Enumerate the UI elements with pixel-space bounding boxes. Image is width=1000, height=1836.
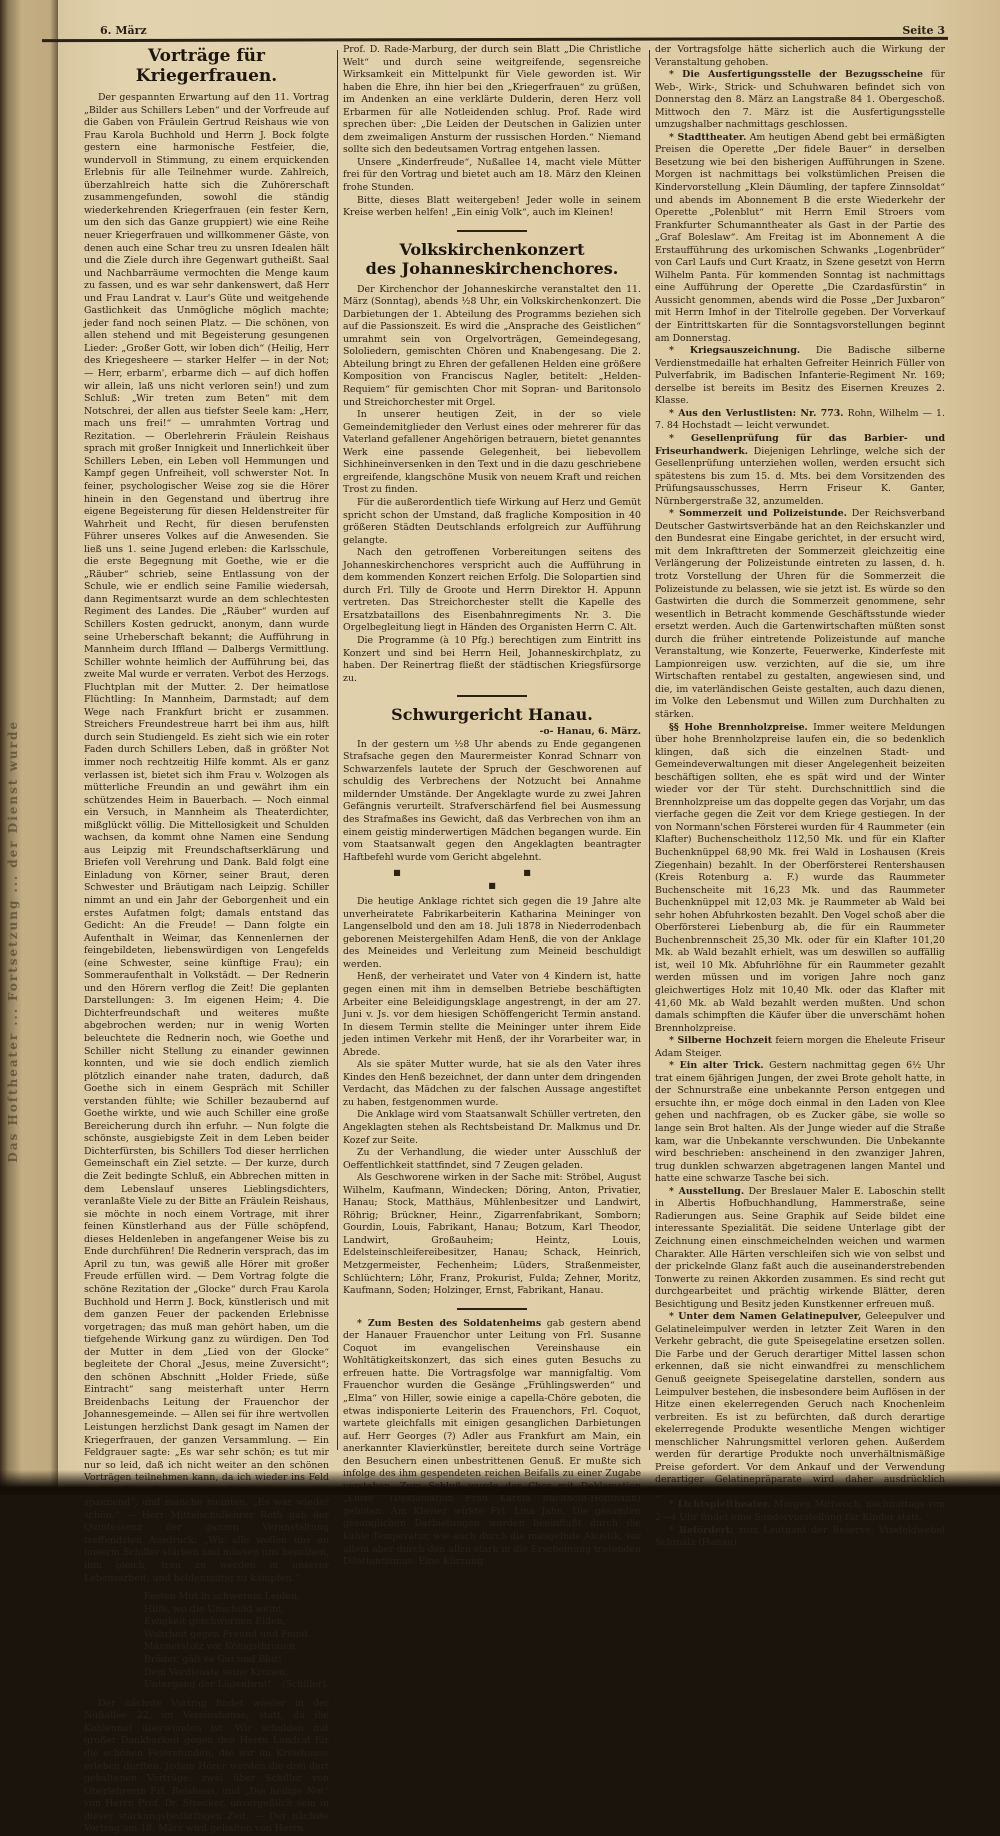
- news-item: * Gesellenprüfung für das Barbier- und F…: [655, 433, 945, 508]
- news-item-text: Gestern nachmittag gegen 6½ Uhr trat ein…: [655, 1060, 945, 1184]
- column-1: Vorträge für Kriegerfrauen. Der gespannt…: [84, 44, 329, 1495]
- paragraph: Die heutige Anklage richtet sich gegen d…: [343, 896, 641, 971]
- court-title: Schwurgericht Hanau.: [343, 705, 641, 724]
- page-gutter-fold: Das Hoftheater ... Fortsetzung ... der D…: [0, 0, 58, 1495]
- news-item-lead: * Ausstellung.: [669, 1186, 744, 1197]
- header-date: 6. März: [100, 24, 147, 37]
- separator-dot: ■: [343, 882, 641, 890]
- paragraph: Henß, der verheiratet und Vater von 4 Ki…: [343, 971, 641, 1059]
- separator-dots: ■ ■: [343, 868, 641, 878]
- news-item-text: Geleepulver und Gelatineleimpulver werde…: [655, 1311, 945, 1495]
- article-title: Vorträge für Kriegerfrauen.: [84, 46, 329, 86]
- news-item-lead: §§ Hohe Brennholzpreise.: [669, 722, 808, 733]
- bleed-through-text: Das Hoftheater ... Fortsetzung ... der D…: [6, 720, 20, 1163]
- paragraph: Unsere „Kinderfreude“, Nußallee 14, mach…: [343, 157, 641, 195]
- news-item-lead: * Stadttheater.: [669, 132, 746, 143]
- paragraph: Bitte, dieses Blatt weitergeben! Jeder w…: [343, 195, 641, 220]
- paragraph: Die Programme (à 10 Pfg.) berechtigen zu…: [343, 635, 641, 685]
- news-item: * Sommerzeit und Polizeistunde. Der Reic…: [655, 508, 945, 721]
- paragraph: Nach den getroffenen Vorbereitungen seit…: [343, 547, 641, 635]
- news-item-lead: * Kriegsauszeichnung.: [669, 345, 800, 356]
- continued-paragraph: Prof. D. Rade-Marburg, der durch sein Bl…: [343, 44, 641, 157]
- section-divider: [457, 695, 527, 697]
- paragraph: Der Kirchenchor der Johanneskirche veran…: [343, 284, 641, 409]
- news-item: * Stadttheater. Am heutigen Abend gebt b…: [655, 132, 945, 345]
- dateline: -o- Hanau, 6. März.: [343, 726, 641, 739]
- scan-bottom-edge: [0, 1470, 1000, 1495]
- paragraph: In der gestern um ⅟₂8 Uhr abends zu Ende…: [343, 739, 641, 864]
- news-item-lead: * Unter dem Namen Gelatinepulver,: [669, 1311, 861, 1322]
- column-3: der Vortragsfolge hätte sicherlich auch …: [655, 44, 945, 1495]
- news-item: * Ausstellung. Der Breslauer Maler E. La…: [655, 1186, 945, 1311]
- section-divider: [457, 1308, 527, 1310]
- concert-title: Volkskirchenkonzert: [343, 240, 641, 259]
- news-item: * Zum Besten des Soldatenheims gab geste…: [343, 1318, 641, 1495]
- paragraph: In unserer heutigen Zeit, in der so viel…: [343, 409, 641, 497]
- news-item: §§ Hohe Brennholzpreise. Immer weitere M…: [655, 722, 945, 1036]
- concert-subtitle: des Johanneskirchenchores.: [343, 259, 641, 278]
- news-item: * Unter dem Namen Gelatinepulver, Geleep…: [655, 1311, 945, 1495]
- column-divider: [337, 50, 338, 1450]
- news-item: * Ein alter Trick. Gestern nachmittag ge…: [655, 1060, 945, 1185]
- news-item-lead: * Silberne Hochzeit: [669, 1035, 772, 1046]
- header-page-number: Seite 3: [902, 24, 945, 37]
- news-item-text: Der Breslauer Maler E. Laboschin stellt …: [655, 1186, 945, 1310]
- news-item-lead: * Sommerzeit und Polizeistunde.: [669, 508, 847, 519]
- news-item: * Aus den Verlustlisten: Nr. 773. Rohn, …: [655, 408, 945, 433]
- paragraph: Für die außerordentlich tiefe Wirkung au…: [343, 497, 641, 547]
- news-item-text: Am heutigen Abend gebt bei ermäßigten Pr…: [655, 132, 945, 344]
- news-item-text: Immer weitere Meldungen über hohe Brennh…: [655, 722, 945, 1034]
- news-item-lead: * Aus den Verlustlisten: Nr. 773.: [669, 408, 844, 419]
- newspaper-page: Das Hoftheater ... Fortsetzung ... der D…: [0, 0, 1000, 1495]
- news-item-lead: * Ein alter Trick.: [669, 1060, 764, 1071]
- article-body: Der gespannten Erwartung auf den 11. Vor…: [84, 92, 329, 1495]
- paragraph: Als sie später Mutter wurde, hat sie als…: [343, 1059, 641, 1109]
- section-divider: [457, 230, 527, 232]
- news-item-text: gab gestern abend der Hanauer Frauenchor…: [343, 1318, 641, 1495]
- column-2: Prof. D. Rade-Marburg, der durch sein Bl…: [343, 44, 641, 1495]
- continued-paragraph: der Vortragsfolge hätte sicherlich auch …: [655, 44, 945, 69]
- paragraph: Zu der Verhandlung, die wieder unter Aus…: [343, 1147, 641, 1172]
- paragraph: Die Anklage wird vom Staatsanwalt Schüll…: [343, 1109, 641, 1147]
- column-divider: [649, 50, 650, 1450]
- news-item-lead: * Die Ausfertigungsstelle der Bezugssche…: [669, 69, 923, 80]
- news-item-text: Der Reichsverband Deutscher Gastwirtsver…: [655, 508, 945, 720]
- running-header: 6. März Seite 3: [100, 24, 945, 38]
- news-item: * Silberne Hochzeit feiern morgen die Eh…: [655, 1035, 945, 1060]
- paragraph: Als Geschworene wirken in der Sache mit:…: [343, 1172, 641, 1297]
- news-item: * Die Ausfertigungsstelle der Bezugssche…: [655, 69, 945, 132]
- news-item-lead: * Zum Besten des Soldatenheims: [357, 1318, 541, 1329]
- news-item: * Kriegsauszeichnung. Die Badische silbe…: [655, 345, 945, 408]
